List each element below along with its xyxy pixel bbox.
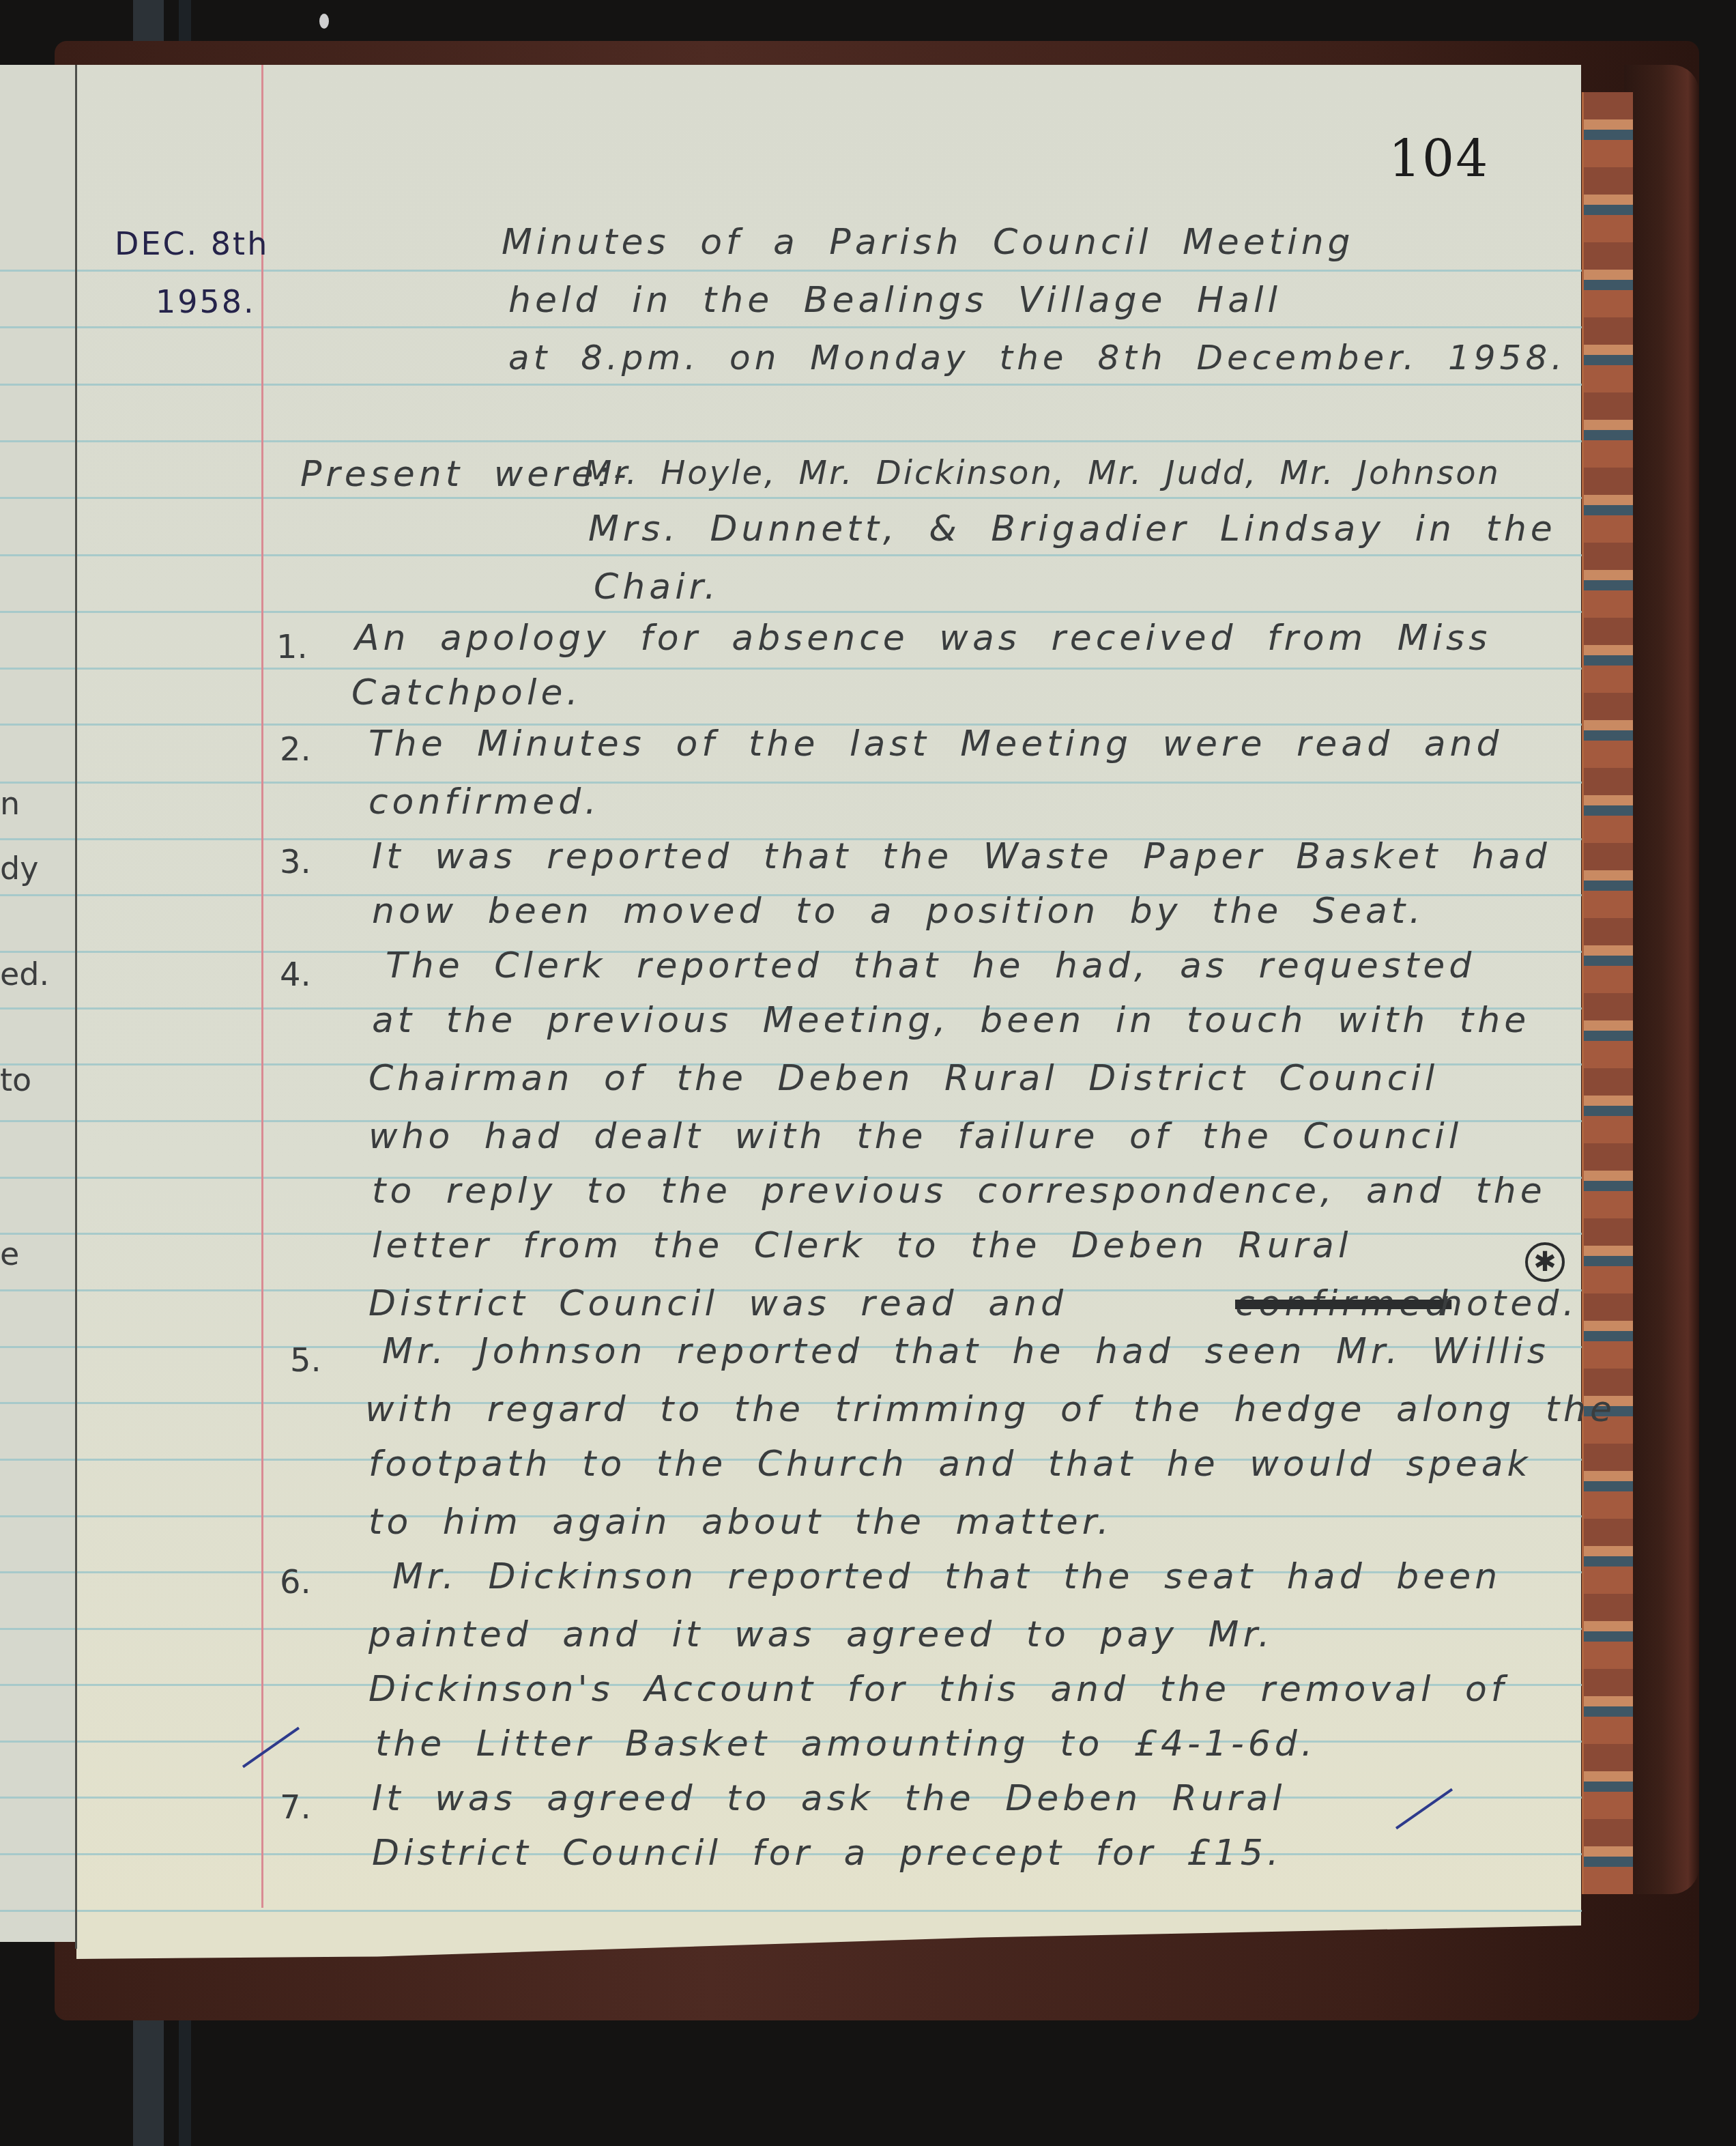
left-page-fragment: e bbox=[0, 1235, 19, 1272]
item-line: footpath to the Church and that he would… bbox=[368, 1444, 1532, 1485]
item-line: It was reported that the Waste Paper Bas… bbox=[372, 836, 1551, 877]
ruled-line bbox=[0, 611, 1582, 613]
ruled-line bbox=[0, 497, 1582, 499]
item-number: 7. bbox=[280, 1788, 311, 1827]
item-line: letter from the Clerk to the Deben Rural bbox=[372, 1225, 1352, 1266]
item-number: 3. bbox=[280, 843, 311, 881]
left-page-fragment: n bbox=[0, 785, 20, 822]
item-line: confirmed. bbox=[368, 782, 601, 822]
item-number: 6. bbox=[280, 1563, 311, 1601]
item-line: Dickinson's Account for this and the rem… bbox=[368, 1669, 1507, 1710]
item-number: 2. bbox=[280, 730, 311, 769]
ruled-line bbox=[0, 668, 1582, 670]
item-number: 4. bbox=[280, 956, 311, 994]
item-line: Mr. Dickinson reported that the seat had… bbox=[392, 1556, 1501, 1597]
heading-line: held in the Bealings Village Hall bbox=[508, 280, 1282, 321]
marbled-page-edges bbox=[1582, 92, 1633, 1894]
ruled-line bbox=[0, 782, 1582, 784]
ruled-line bbox=[0, 1910, 1582, 1912]
item-line: District Council was read and bbox=[368, 1283, 1067, 1324]
ruled-line bbox=[0, 554, 1582, 556]
ruled-line bbox=[0, 326, 1582, 328]
ruled-line bbox=[0, 270, 1582, 272]
item-line: to him again about the matter. bbox=[368, 1502, 1113, 1543]
present-line: Mrs. Dunnett, & Brigadier Lindsay in the bbox=[588, 509, 1557, 549]
heading-line: Minutes of a Parish Council Meeting bbox=[502, 222, 1355, 263]
left-page-fragment: dy bbox=[0, 850, 38, 887]
item-line: now been moved to a position by the Seat… bbox=[372, 891, 1425, 932]
present-label: Present were:- bbox=[300, 454, 631, 495]
left-page bbox=[0, 65, 78, 1942]
present-line: Mr. Hoyle, Mr. Dickinson, Mr. Judd, Mr. … bbox=[583, 454, 1501, 492]
item-line: The Minutes of the last Meeting were rea… bbox=[368, 724, 1503, 764]
item-line: Mr. Johnson reported that he had seen Mr… bbox=[382, 1331, 1550, 1372]
item-line: painted and it was agreed to pay Mr. bbox=[368, 1614, 1274, 1655]
page-gutter bbox=[75, 65, 77, 1949]
struck-out-word: confirmed bbox=[1235, 1283, 1451, 1324]
item-line: Catchpole. bbox=[351, 672, 582, 713]
ruled-line bbox=[0, 384, 1582, 386]
item-line: It was agreed to ask the Deben Rural bbox=[372, 1778, 1286, 1819]
margin-date-day: DEC. 8th bbox=[115, 225, 269, 262]
left-page-fragment: to bbox=[0, 1061, 31, 1098]
item-line: An apology for absence was received from… bbox=[355, 618, 1491, 659]
margin-date-year: 1958. bbox=[156, 283, 256, 320]
page-number: 104 bbox=[1389, 130, 1489, 188]
item-line: to reply to the previous correspondence,… bbox=[372, 1171, 1546, 1212]
item-number: 1. bbox=[276, 628, 308, 666]
item-line: the Litter Basket amounting to £4-1-6d. bbox=[375, 1723, 1316, 1764]
item-line: The Clerk reported that he had, as reque… bbox=[386, 945, 1475, 986]
item-line: who had dealt with the failure of the Co… bbox=[368, 1116, 1462, 1157]
item-line: District Council for a precept for £15. bbox=[372, 1833, 1282, 1874]
item-line: Chairman of the Deben Rural District Cou… bbox=[368, 1058, 1438, 1099]
asterisk-annotation-icon: ✱ bbox=[1525, 1242, 1565, 1282]
item-number: 5. bbox=[290, 1341, 321, 1379]
ruled-line bbox=[0, 440, 1582, 442]
red-margin-line bbox=[261, 65, 263, 1908]
item-line: with regard to the trimming of the hedge… bbox=[365, 1389, 1616, 1430]
heading-line: at 8.pm. on Monday the 8th December. 195… bbox=[508, 338, 1566, 377]
correction-word: noted. bbox=[1440, 1283, 1578, 1324]
book-cover-corner bbox=[1624, 65, 1699, 1894]
present-line: Chair. bbox=[594, 567, 720, 607]
background-speck bbox=[319, 14, 329, 29]
left-page-fragment: ed. bbox=[0, 956, 49, 992]
item-line: at the previous Meeting, been in touch w… bbox=[372, 1000, 1530, 1041]
